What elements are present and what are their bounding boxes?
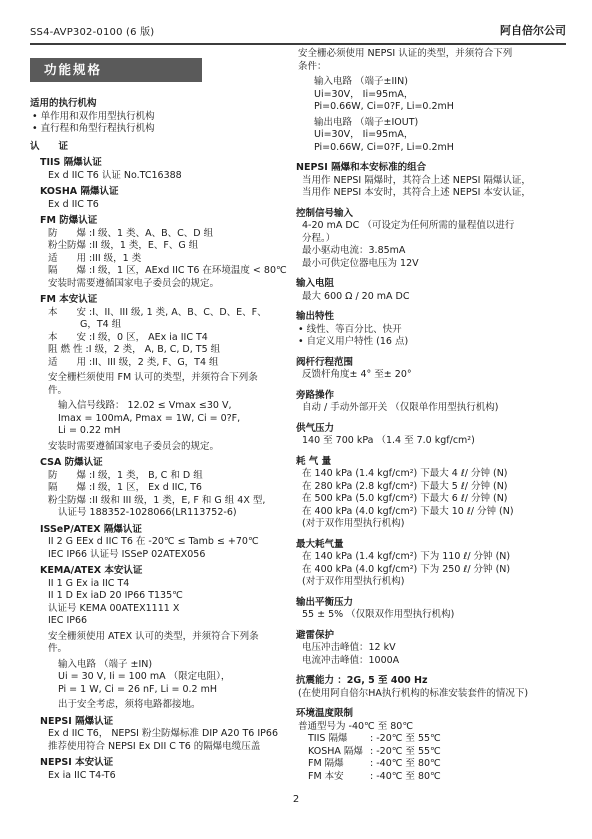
section-heading: 输出平衡压力	[296, 597, 570, 610]
doc-line: Ex d IIC T6 认证 No.TC16388	[30, 170, 292, 183]
doc-line: 4-20 mA DC （可设定为任何所需的量程值以进行	[296, 220, 570, 233]
doc-line: 反馈杆角度± 4° 至± 20°	[296, 369, 570, 382]
company-name: 阿自倍尔公司	[500, 22, 566, 38]
doc-line: Ex d IIC T6	[30, 199, 292, 212]
doc-line: 条件：	[296, 61, 570, 74]
doc-line: IEC IP66 认证号 ISSeP 02ATEX056	[30, 549, 292, 562]
doc-line: Pi=0.66W, Ci=0?F, Li=0.2mH	[296, 101, 570, 114]
doc-line: 输入电路 （端子 ±IN)	[30, 659, 292, 672]
section-heading: 输出特性	[296, 311, 570, 324]
section-heading: 旁路操作	[296, 390, 570, 403]
doc-line: (对于双作用型执行机构)	[296, 518, 570, 531]
doc-line: 在 400 kPa (4.0 kgf/cm²) 下为 250 ℓ/ 分钟 (N)	[296, 564, 570, 577]
section-heading: 输入电阻	[296, 278, 570, 291]
section-heading: FM 防爆认证	[30, 215, 292, 228]
temp-range-label: TIIS 隔爆	[308, 733, 370, 746]
doc-line: 安装时需要遵循国家电子委员会的规定。	[30, 441, 292, 454]
doc-line: II 2 G EEx d IIC T6 在 -20℃ ≤ Tamb ≤ +70℃	[30, 536, 292, 549]
section-banner: 功能规格	[30, 58, 202, 82]
doc-line: 适 用 :III 级，1 类	[30, 253, 292, 266]
doc-line: 140 至 700 kPa （1.4 至 7.0 kgf/cm²)	[296, 435, 570, 448]
section-heading: 适用的执行机构	[30, 98, 292, 111]
doc-line: Ui=30V， Ii=95mA，	[296, 89, 570, 102]
doc-line: 当用作 NEPSI 隔爆时，其符合上述 NEPSI 隔爆认证，	[296, 175, 570, 188]
document-code: SS4-AVP302-0100 (6 版)	[30, 23, 154, 38]
doc-line: Ui=30V， Ii=95mA，	[296, 129, 570, 142]
section-heading: KOSHA 隔爆认证	[30, 186, 292, 199]
temp-range-value: : -40℃ 至 80℃	[370, 771, 441, 784]
right-column: 安全栅必须使用 NEPSI 认证的类型，并须符合下列条件：输入电路 （端子±II…	[296, 48, 570, 783]
doc-line: 防 爆 :I 级、1 类、A、B、C、D 组	[30, 228, 292, 241]
doc-line: 普通型号为 -40℃ 至 80℃	[296, 721, 570, 734]
doc-line: 在 140 kPa (1.4 kgf/cm²) 下为 110 ℓ/ 分钟 (N)	[296, 551, 570, 564]
doc-line: 最大 600 Ω / 20 mA DC	[296, 291, 570, 304]
doc-line: 安全栅须使用 ATEX 认可的类型，并须符合下列条	[30, 631, 292, 644]
section-heading: 环境温度限制	[296, 708, 570, 721]
section-heading: 耗 气 量	[296, 456, 570, 469]
doc-line: • 直行程和角型行程执行机构	[30, 123, 292, 136]
doc-line: 粉尘防爆 :II 级，1 类，E、F、G 组	[30, 240, 292, 253]
temp-range-value: : -20℃ 至 55℃	[370, 733, 441, 746]
doc-line: Ex d IIC T6， NEPSI 粉尘防爆标准 DIP A20 T6 IP6…	[30, 728, 292, 741]
document-page: SS4-AVP302-0100 (6 版) 阿自倍尔公司 功能规格 适用的执行机…	[0, 0, 592, 839]
doc-line: Ex ia IIC T4-T6	[30, 770, 292, 783]
doc-line: (在使用阿自倍尔HA执行机构的标准安装套件的情况下)	[296, 688, 570, 701]
doc-line: 电流冲击峰值：1000A	[296, 655, 570, 668]
section-heading: KEMA/ATEX 本安认证	[30, 565, 292, 578]
doc-line: 粉尘防爆 :II 级和 III 级，1 类，E, F 和 G 组 4X 型,	[30, 495, 292, 508]
section-heading: 抗震能力 ：2G, 5 至 400 Hz	[296, 675, 570, 688]
doc-line: 安全栅栏须使用 FM 认可的类型，并须符合下列条	[30, 372, 292, 385]
doc-line: • 线性、等百分比、快开	[296, 324, 570, 337]
section-heading: 最大耗气量	[296, 539, 570, 552]
doc-line: 输出电路 （端子±IOUT)	[296, 117, 570, 130]
doc-line: 当用作 NEPSI 本安时，其符合上述 NEPSI 本安认证，	[296, 187, 570, 200]
doc-line: 认证号 KEMA 00ATEX1111 X	[30, 603, 292, 616]
doc-line: 安装时需要遵循国家电子委员会的规定。	[30, 278, 292, 291]
doc-line: 在 140 kPa (1.4 kgf/cm²) 下最大 4 ℓ/ 分钟 (N)	[296, 468, 570, 481]
section-heading: ISSeP/ATEX 隔爆认证	[30, 524, 292, 537]
section-heading: NEPSI 隔爆和本安标准的组合	[296, 162, 570, 175]
section-heading: 阀杆行程范围	[296, 357, 570, 370]
doc-line: 最小可供定位器电压为 12V	[296, 258, 570, 271]
page-number: 2	[0, 794, 592, 805]
doc-line: 55 ± 5% （仅限双作用型执行机构)	[296, 609, 570, 622]
doc-line: 电压冲击峰值：12 kV	[296, 642, 570, 655]
doc-line: 在 280 kPa (2.8 kgf/cm²) 下最大 5 ℓ/ 分钟 (N)	[296, 481, 570, 494]
page-header: SS4-AVP302-0100 (6 版) 阿自倍尔公司	[30, 22, 566, 45]
section-heading: 供气压力	[296, 423, 570, 436]
doc-line: 安全栅必须使用 NEPSI 认证的类型，并须符合下列	[296, 48, 570, 61]
temp-range-label: FM 本安	[308, 771, 370, 784]
doc-line: Ui = 30 V, Ii = 100 mA （限定电阻），	[30, 671, 292, 684]
doc-line: 阻 燃 性 :I 级，2 类， A, B, C, D, T5 组	[30, 344, 292, 357]
doc-line: 隔 爆 :I 级，1 区， Ex d IIC, T6	[30, 482, 292, 495]
section-heading: 控制信号输入	[296, 208, 570, 221]
doc-line: 在 400 kPa (4.0 kgf/cm²) 下最大 10 ℓ/ 分钟 (N)	[296, 506, 570, 519]
doc-line: Pi = 1 W, Ci = 26 nF, Li = 0.2 mH	[30, 684, 292, 697]
doc-line: KOSHA 隔爆: -20℃ 至 55℃	[296, 746, 570, 759]
doc-line: 适 用 :II、III 级，2 类, F、G，T4 组	[30, 357, 292, 370]
doc-line: (对于双作用型执行机构)	[296, 576, 570, 589]
doc-line: II 1 G Ex ia IIC T4	[30, 578, 292, 591]
doc-line: FM 本安: -40℃ 至 80℃	[296, 771, 570, 784]
doc-line: 本 安 :I 级，0 区， AEx ia IIC T4	[30, 332, 292, 345]
doc-line: 自动 / 手动外部开关 （仅限单作用型执行机构)	[296, 402, 570, 415]
doc-line: 认证号 188352-1028066(LR113752-6)	[30, 507, 292, 520]
doc-line: Pi=0.66W, Ci=0?F, Li=0.2mH	[296, 142, 570, 155]
temp-range-value: : -40℃ 至 80℃	[370, 758, 441, 771]
temp-range-label: KOSHA 隔爆	[308, 746, 370, 759]
doc-line: II 1 D Ex iaD 20 IP66 T135℃	[30, 590, 292, 603]
left-column: 适用的执行机构• 单作用和双作用型执行机构• 直行程和角型行程执行机构认 证TI…	[30, 98, 292, 782]
section-heading: NEPSI 本安认证	[30, 757, 292, 770]
doc-line: 隔 爆 :I 级，1 区，AExd IIC T6 在环境温度 < 80℃	[30, 265, 292, 278]
doc-line: Imax = 100mA, Pmax = 1W, Ci = 0?F,	[30, 413, 292, 426]
doc-line: IEC IP66	[30, 615, 292, 628]
doc-line: 件。	[30, 643, 292, 656]
doc-line: FM 隔爆: -40℃ 至 80℃	[296, 758, 570, 771]
section-heading: 避雷保护	[296, 630, 570, 643]
section-heading: NEPSI 隔爆认证	[30, 716, 292, 729]
section-heading: TIIS 隔爆认证	[30, 157, 292, 170]
doc-line: • 单作用和双作用型执行机构	[30, 111, 292, 124]
doc-line: G，T4 组	[30, 319, 292, 332]
section-heading: 认 证	[30, 141, 292, 154]
doc-line: Li = 0.22 mH	[30, 425, 292, 438]
section-banner-title: 功能规格	[44, 62, 102, 77]
doc-line: 在 500 kPa (5.0 kgf/cm²) 下最大 6 ℓ/ 分钟 (N)	[296, 493, 570, 506]
doc-line: 输入电路 （端子±IIN)	[296, 76, 570, 89]
doc-line: 推荐使用符合 NEPSI Ex DII C T6 的隔爆电缆压盖	[30, 741, 292, 754]
section-heading: CSA 防爆认证	[30, 457, 292, 470]
doc-line: 分程。）	[296, 233, 570, 246]
doc-line: 出于安全考虑，须将电路都接地。	[30, 699, 292, 712]
doc-line: • 自定义用户特性 (16 点)	[296, 336, 570, 349]
temp-range-label: FM 隔爆	[308, 758, 370, 771]
doc-line: 防 爆 :I 级，1 类， B, C 和 D 组	[30, 470, 292, 483]
doc-line: TIIS 隔爆: -20℃ 至 55℃	[296, 733, 570, 746]
doc-line: 件。	[30, 385, 292, 398]
section-heading: FM 本安认证	[30, 294, 292, 307]
temp-range-value: : -20℃ 至 55℃	[370, 746, 441, 759]
doc-line: 最小驱动电流：3.85mA	[296, 245, 570, 258]
doc-line: 本 安 :I、II、III 级, 1 类, A、B、C、D、E、F、	[30, 307, 292, 320]
doc-line: 输入信号线路： 12.02 ≤ Vmax ≤30 V,	[30, 400, 292, 413]
